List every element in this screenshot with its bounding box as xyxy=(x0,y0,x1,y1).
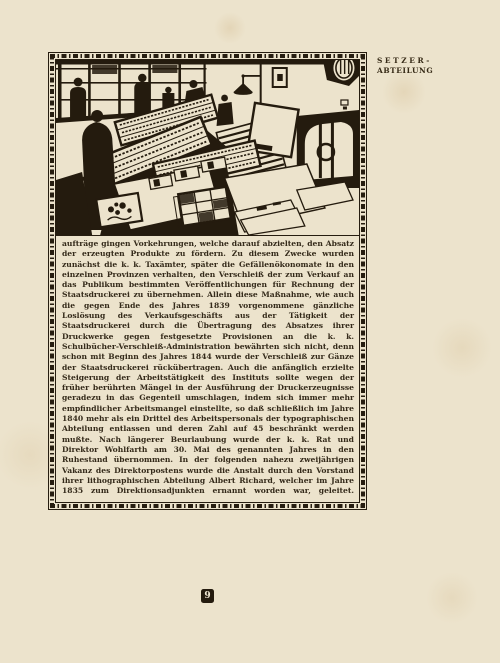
book-page: SETZER- ABTEILUNG xyxy=(0,0,500,663)
margin-heading: SETZER- ABTEILUNG xyxy=(377,56,433,76)
ceiling-beam xyxy=(56,60,359,65)
setzerabteilung-woodcut xyxy=(56,60,359,235)
decorative-frame: aufträge gingen Vorkehrungen, welche dar… xyxy=(48,52,367,510)
wall-corner xyxy=(260,64,262,106)
body-paragraph: aufträge gingen Vorkehrungen, welche dar… xyxy=(56,236,359,502)
frame-content: aufträge gingen Vorkehrungen, welche dar… xyxy=(55,59,360,503)
margin-heading-line2: ABTEILUNG xyxy=(377,66,433,76)
margin-heading-line1: SETZER- xyxy=(377,56,433,66)
type-forme xyxy=(173,187,231,227)
botanical-block xyxy=(96,193,142,227)
woodcut-illustration xyxy=(56,60,359,236)
page-number-badge: 9 xyxy=(201,589,214,603)
